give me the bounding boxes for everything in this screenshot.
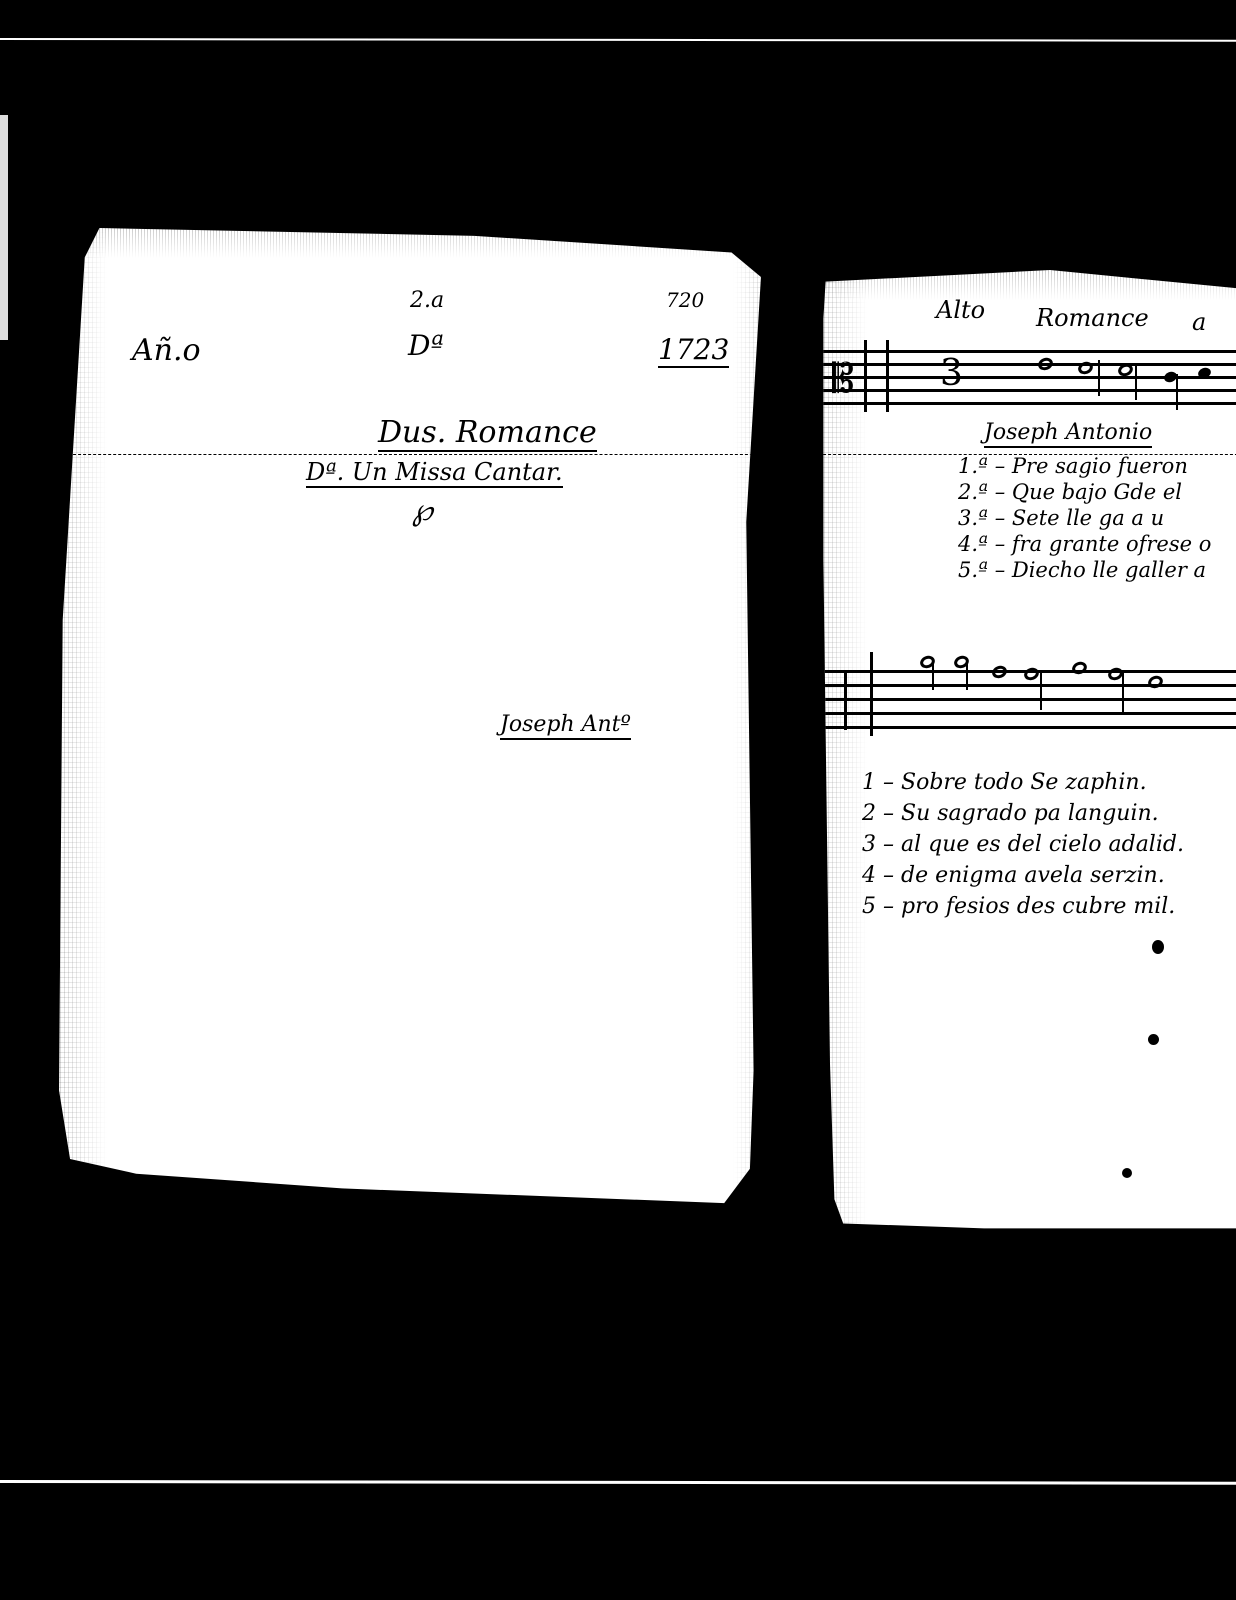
- signature: Joseph Antº: [500, 714, 631, 740]
- adjacent-page-edge: [0, 115, 8, 340]
- year-label: Añ.o: [132, 336, 201, 366]
- page-edge-stain: [808, 270, 868, 1238]
- scanner-top-line: [0, 38, 1236, 42]
- composer-name: Joseph Antonio: [984, 422, 1152, 448]
- piece-title: Romance: [1036, 306, 1149, 330]
- tempo-marking: Alto: [936, 298, 985, 322]
- verse-item: 3.ª – Sete lle ga a u: [958, 506, 1211, 532]
- manuscript-subtitle: Dª. Un Missa Cantar.: [306, 460, 563, 488]
- half-note: [1146, 674, 1164, 690]
- music-staff-1: 𝄡 3: [808, 350, 1236, 406]
- music-staff-2: [808, 670, 1236, 726]
- scanner-bottom-line: [0, 1480, 1236, 1485]
- piece-title-cut: a: [1192, 310, 1206, 334]
- scan-fold-line: [48, 454, 783, 456]
- half-note: [1036, 356, 1054, 372]
- left-manuscript-page: Añ.o 2.a Dª 720 1723 Dus. Romance Dª. Un…: [48, 228, 783, 1208]
- year-value: 1723: [658, 336, 729, 368]
- verses-upper-list: 1.ª – Pre sagio fueron 2.ª – Que bajo Gd…: [958, 454, 1211, 584]
- verse-item: 1.ª – Pre sagio fueron: [958, 454, 1211, 480]
- manuscript-title: Dus. Romance: [378, 418, 597, 452]
- half-note: [990, 664, 1008, 680]
- right-manuscript-page: Alto Romance a 𝄡 3 Joseph Antonio 1.ª – …: [808, 270, 1236, 1238]
- verse-item: 2 – Su sagrado pa languin.: [862, 801, 1184, 832]
- c-clef-icon: 𝄡: [832, 356, 854, 402]
- verse-item: 3 – al que es del cielo adalid.: [862, 832, 1184, 863]
- page-edge-stain: [48, 228, 783, 258]
- page-edge-stain: [48, 228, 108, 1208]
- binding-hole: [1122, 1168, 1132, 1178]
- ordinal-mark: 2.a: [410, 290, 444, 312]
- page-edge-stain: [808, 270, 1236, 300]
- flourish-mark: ℘: [412, 496, 433, 526]
- verse-item: 4.ª – fra grante ofrese o: [958, 532, 1211, 558]
- verse-item: 1 – Sobre todo Se zaphin.: [862, 770, 1184, 801]
- verses-lower-list: 1 – Sobre todo Se zaphin. 2 – Su sagrado…: [862, 770, 1184, 925]
- folio-number: 720: [666, 290, 704, 310]
- verse-item: 2.ª – Que bajo Gde el: [958, 480, 1211, 506]
- binding-hole: [1152, 940, 1164, 954]
- verse-item: 4 – de enigma avela serzin.: [862, 863, 1184, 894]
- dedication-mark: Dª: [408, 332, 444, 360]
- verse-item: 5.ª – Diecho lle galler a: [958, 558, 1211, 584]
- binding-hole: [1148, 1034, 1159, 1045]
- verse-item: 5 – pro fesios des cubre mil.: [862, 894, 1184, 925]
- time-signature: 3: [940, 356, 963, 392]
- half-note: [1022, 666, 1040, 682]
- half-note: [1070, 660, 1088, 676]
- page-edge-stain: [733, 228, 783, 1208]
